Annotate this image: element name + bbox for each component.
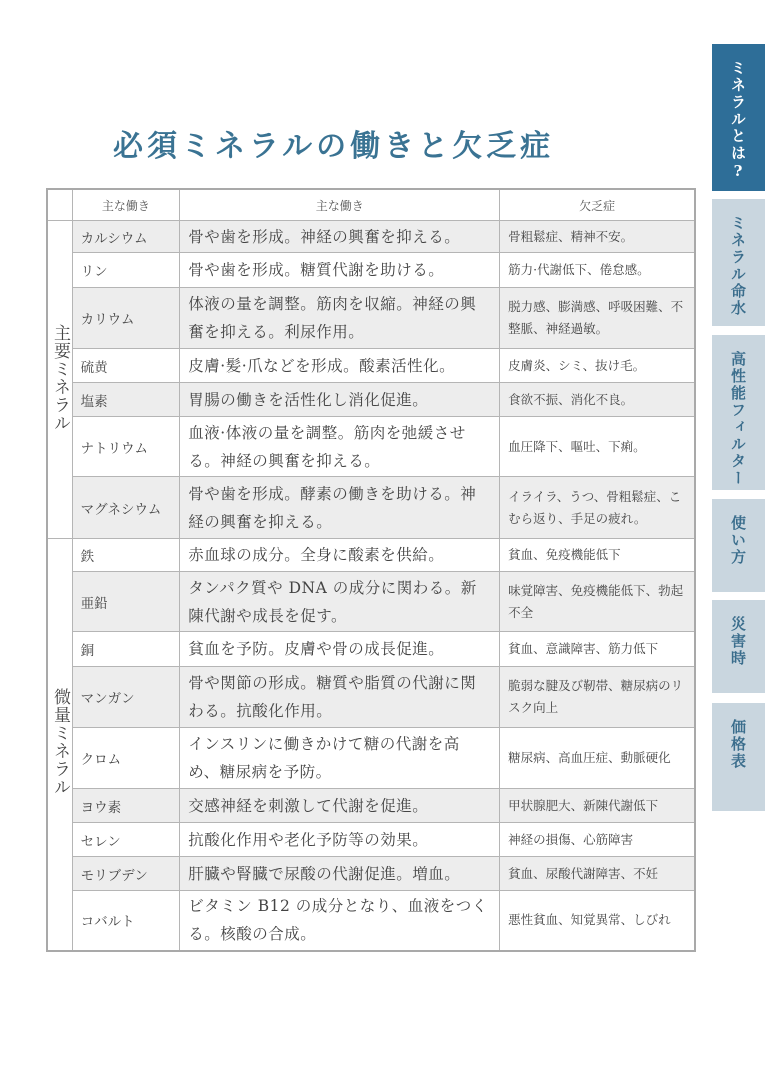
group-label: 主要ミネラル bbox=[48, 324, 73, 432]
mineral-table: 主な働き 主な働き 欠乏症 主要ミネラルカルシウム骨や歯を形成。神経の興奮を抑え… bbox=[46, 188, 696, 952]
table-row: マグネシウム骨や歯を形成。酵素の働きを助ける。神経の興奮を抑える。イライラ、うつ… bbox=[47, 477, 695, 539]
mineral-function: 肝臓や腎臓で尿酸の代謝促進。増血。 bbox=[180, 857, 500, 891]
side-nav-tab-label: 高性能フィルター bbox=[728, 351, 749, 487]
mineral-name: 硫黄 bbox=[72, 349, 180, 383]
group-label: 微量ミネラル bbox=[48, 688, 73, 796]
mineral-deficiency: 血圧降下、嘔吐、下痢。 bbox=[500, 417, 695, 477]
side-nav-tab-label: 価格表 bbox=[728, 719, 749, 770]
table-row: 亜鉛タンパク質や DNA の成分に関わる。新陳代謝や成長を促す。味覚障害、免疫機… bbox=[47, 572, 695, 632]
mineral-name: ヨウ素 bbox=[72, 789, 180, 823]
header-function: 主な働き bbox=[180, 189, 500, 221]
table-row: コバルトビタミン B12 の成分となり、血液をつくる。核酸の合成。悪性貧血、知覚… bbox=[47, 891, 695, 951]
mineral-function: ビタミン B12 の成分となり、血液をつくる。核酸の合成。 bbox=[180, 891, 500, 951]
table-row: モリブデン肝臓や腎臓で尿酸の代謝促進。増血。貧血、尿酸代謝障害、不妊 bbox=[47, 857, 695, 891]
mineral-name: セレン bbox=[72, 823, 180, 857]
table-header-row: 主な働き 主な働き 欠乏症 bbox=[47, 189, 695, 221]
mineral-function: 胃腸の働きを活性化し消化促進。 bbox=[180, 383, 500, 417]
mineral-deficiency: 脱力感、膨満感、呼吸困難、不整脈、神経過敏。 bbox=[500, 288, 695, 349]
mineral-function: 皮膚·髪·爪などを形成。酸素活性化。 bbox=[180, 349, 500, 383]
header-deficiency: 欠乏症 bbox=[500, 189, 695, 221]
table-row: カリウム体液の量を調整。筋肉を収縮。神経の興奮を抑える。利尿作用。脱力感、膨満感… bbox=[47, 288, 695, 349]
table-row: マンガン骨や関節の形成。糖質や脂質の代謝に関わる。抗酸化作用。脆弱な腱及び靭帯、… bbox=[47, 667, 695, 728]
mineral-function: インスリンに働きかけて糖の代謝を高め、糖尿病を予防。 bbox=[180, 728, 500, 789]
mineral-deficiency: イライラ、うつ、骨粗鬆症、こむら返り、手足の疲れ。 bbox=[500, 477, 695, 539]
mineral-name: マグネシウム bbox=[72, 477, 180, 539]
mineral-function: タンパク質や DNA の成分に関わる。新陳代謝や成長を促す。 bbox=[180, 572, 500, 632]
mineral-name: リン bbox=[72, 253, 180, 288]
side-nav-tab-0[interactable]: ミネラルとは? bbox=[712, 44, 765, 191]
table-row: 銅貧血を予防。皮膚や骨の成長促進。貧血、意識障害、筋力低下 bbox=[47, 632, 695, 667]
mineral-function: 交感神経を刺激して代謝を促進。 bbox=[180, 789, 500, 823]
mineral-deficiency: 筋力·代謝低下、倦怠感。 bbox=[500, 253, 695, 288]
mineral-function: 貧血を予防。皮膚や骨の成長促進。 bbox=[180, 632, 500, 667]
mineral-function: 骨や歯を形成。糖質代謝を助ける。 bbox=[180, 253, 500, 288]
mineral-deficiency: 味覚障害、免疫機能低下、勃起不全 bbox=[500, 572, 695, 632]
table-row: 主要ミネラルカルシウム骨や歯を形成。神経の興奮を抑える。骨粗鬆症、精神不安。 bbox=[47, 221, 695, 253]
mineral-name: 塩素 bbox=[72, 383, 180, 417]
mineral-deficiency: 甲状腺肥大、新陳代謝低下 bbox=[500, 789, 695, 823]
mineral-name: ナトリウム bbox=[72, 417, 180, 477]
side-nav-tab-1[interactable]: ミネラル命水 bbox=[712, 199, 765, 326]
mineral-name: 鉄 bbox=[72, 539, 180, 572]
table-row: リン骨や歯を形成。糖質代謝を助ける。筋力·代謝低下、倦怠感。 bbox=[47, 253, 695, 288]
page-title: 必須ミネラルの働きと欠乏症 bbox=[113, 127, 593, 167]
mineral-name: 亜鉛 bbox=[72, 572, 180, 632]
mineral-name: マンガン bbox=[72, 667, 180, 728]
side-nav-tab-label: ミネラル命水 bbox=[728, 215, 749, 317]
mineral-deficiency: 貧血、免疫機能低下 bbox=[500, 539, 695, 572]
mineral-deficiency: 食欲不振、消化不良。 bbox=[500, 383, 695, 417]
header-group bbox=[47, 189, 72, 221]
table-row: ヨウ素交感神経を刺激して代謝を促進。甲状腺肥大、新陳代謝低下 bbox=[47, 789, 695, 823]
side-nav-tab-label: 災害時 bbox=[728, 616, 749, 667]
mineral-deficiency: 糖尿病、高血圧症、動脈硬化 bbox=[500, 728, 695, 789]
mineral-name: カリウム bbox=[72, 288, 180, 349]
mineral-deficiency: 皮膚炎、シミ、抜け毛。 bbox=[500, 349, 695, 383]
mineral-deficiency: 貧血、尿酸代謝障害、不妊 bbox=[500, 857, 695, 891]
mineral-function: 血液·体液の量を調整。筋肉を弛緩させる。神経の興奮を抑える。 bbox=[180, 417, 500, 477]
side-nav-tab-label: ミネラルとは? bbox=[728, 60, 749, 182]
mineral-function: 骨や歯を形成。酵素の働きを助ける。神経の興奮を抑える。 bbox=[180, 477, 500, 539]
mineral-deficiency: 脆弱な腱及び靭帯、糖尿病のリスク向上 bbox=[500, 667, 695, 728]
mineral-function: 赤血球の成分。全身に酸素を供給。 bbox=[180, 539, 500, 572]
mineral-deficiency: 神経の損傷、心筋障害 bbox=[500, 823, 695, 857]
header-name: 主な働き bbox=[72, 189, 180, 221]
group-label-cell: 主要ミネラル bbox=[47, 221, 72, 539]
mineral-deficiency: 悪性貧血、知覚異常、しびれ bbox=[500, 891, 695, 951]
table-row: 微量ミネラル鉄赤血球の成分。全身に酸素を供給。貧血、免疫機能低下 bbox=[47, 539, 695, 572]
mineral-function: 骨や関節の形成。糖質や脂質の代謝に関わる。抗酸化作用。 bbox=[180, 667, 500, 728]
mineral-name: モリブデン bbox=[72, 857, 180, 891]
side-nav-tab-2[interactable]: 高性能フィルター bbox=[712, 335, 765, 490]
mineral-deficiency: 骨粗鬆症、精神不安。 bbox=[500, 221, 695, 253]
table-row: セレン抗酸化作用や老化予防等の効果。神経の損傷、心筋障害 bbox=[47, 823, 695, 857]
mineral-function: 骨や歯を形成。神経の興奮を抑える。 bbox=[180, 221, 500, 253]
side-nav-tab-5[interactable]: 価格表 bbox=[712, 703, 765, 811]
table-row: 硫黄皮膚·髪·爪などを形成。酸素活性化。皮膚炎、シミ、抜け毛。 bbox=[47, 349, 695, 383]
mineral-name: 銅 bbox=[72, 632, 180, 667]
side-nav-tab-4[interactable]: 災害時 bbox=[712, 600, 765, 693]
group-label-cell: 微量ミネラル bbox=[47, 539, 72, 951]
side-nav-tab-3[interactable]: 使い方 bbox=[712, 499, 765, 592]
mineral-function: 抗酸化作用や老化予防等の効果。 bbox=[180, 823, 500, 857]
table-row: ナトリウム血液·体液の量を調整。筋肉を弛緩させる。神経の興奮を抑える。血圧降下、… bbox=[47, 417, 695, 477]
mineral-name: コバルト bbox=[72, 891, 180, 951]
mineral-name: カルシウム bbox=[72, 221, 180, 253]
mineral-name: クロム bbox=[72, 728, 180, 789]
side-nav-tab-label: 使い方 bbox=[728, 515, 749, 566]
mineral-deficiency: 貧血、意識障害、筋力低下 bbox=[500, 632, 695, 667]
mineral-function: 体液の量を調整。筋肉を収縮。神経の興奮を抑える。利尿作用。 bbox=[180, 288, 500, 349]
table-row: 塩素胃腸の働きを活性化し消化促進。食欲不振、消化不良。 bbox=[47, 383, 695, 417]
table-row: クロムインスリンに働きかけて糖の代謝を高め、糖尿病を予防。糖尿病、高血圧症、動脈… bbox=[47, 728, 695, 789]
